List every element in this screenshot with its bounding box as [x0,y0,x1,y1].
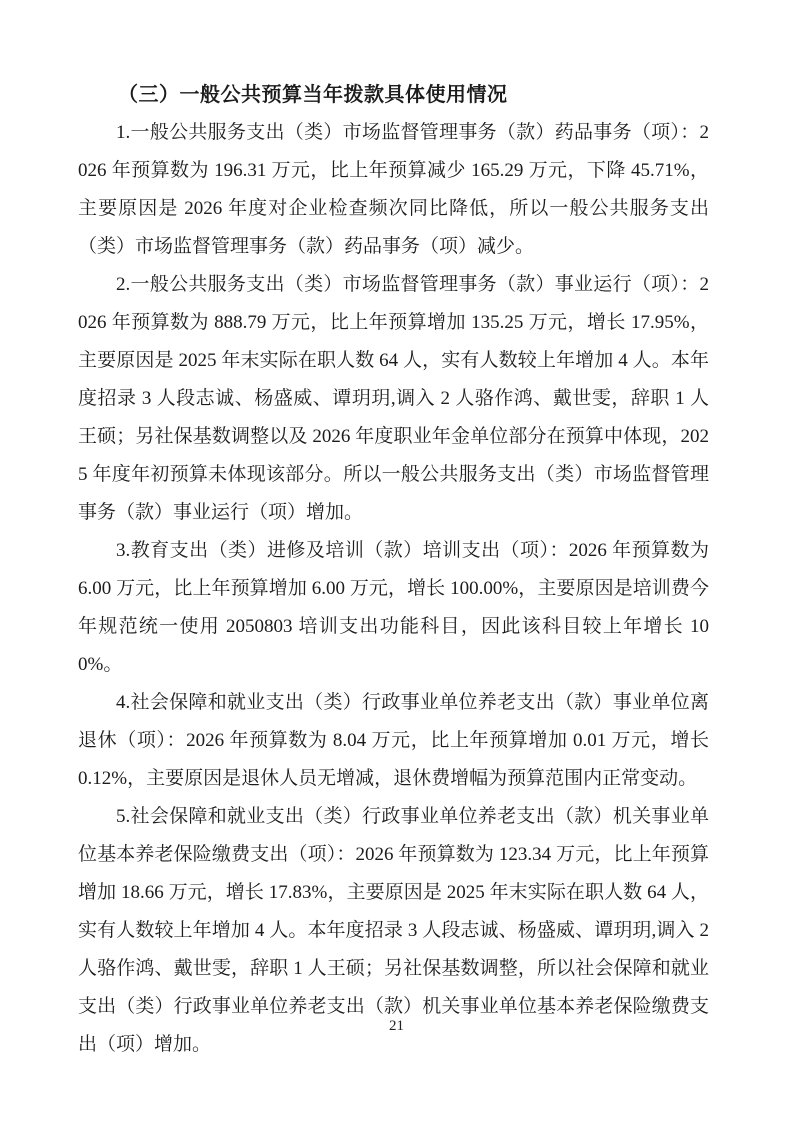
document-body: （三）一般公共预算当年拨款具体使用情况 1.一般公共服务支出（类）市场监督管理事… [78,76,709,1064]
document-page: （三）一般公共预算当年拨款具体使用情况 1.一般公共服务支出（类）市场监督管理事… [0,0,793,1122]
page-number: 21 [0,1018,793,1035]
paragraph-training-expenditure: 3.教育支出（类）进修及培训（款）培训支出（项）：2026 年预算数为 6.00… [78,532,709,684]
section-heading: （三）一般公共预算当年拨款具体使用情况 [78,76,709,114]
paragraph-operation-of-institutions: 2.一般公共服务支出（类）市场监督管理事务（款）事业运行（项）：2026 年预算… [78,266,709,532]
paragraph-retirement-expenditure: 4.社会保障和就业支出（类）行政事业单位养老支出（款）事业单位离退休（项）：20… [78,684,709,798]
paragraph-drug-affairs: 1.一般公共服务支出（类）市场监督管理事务（款）药品事务（项）：2026 年预算… [78,114,709,266]
